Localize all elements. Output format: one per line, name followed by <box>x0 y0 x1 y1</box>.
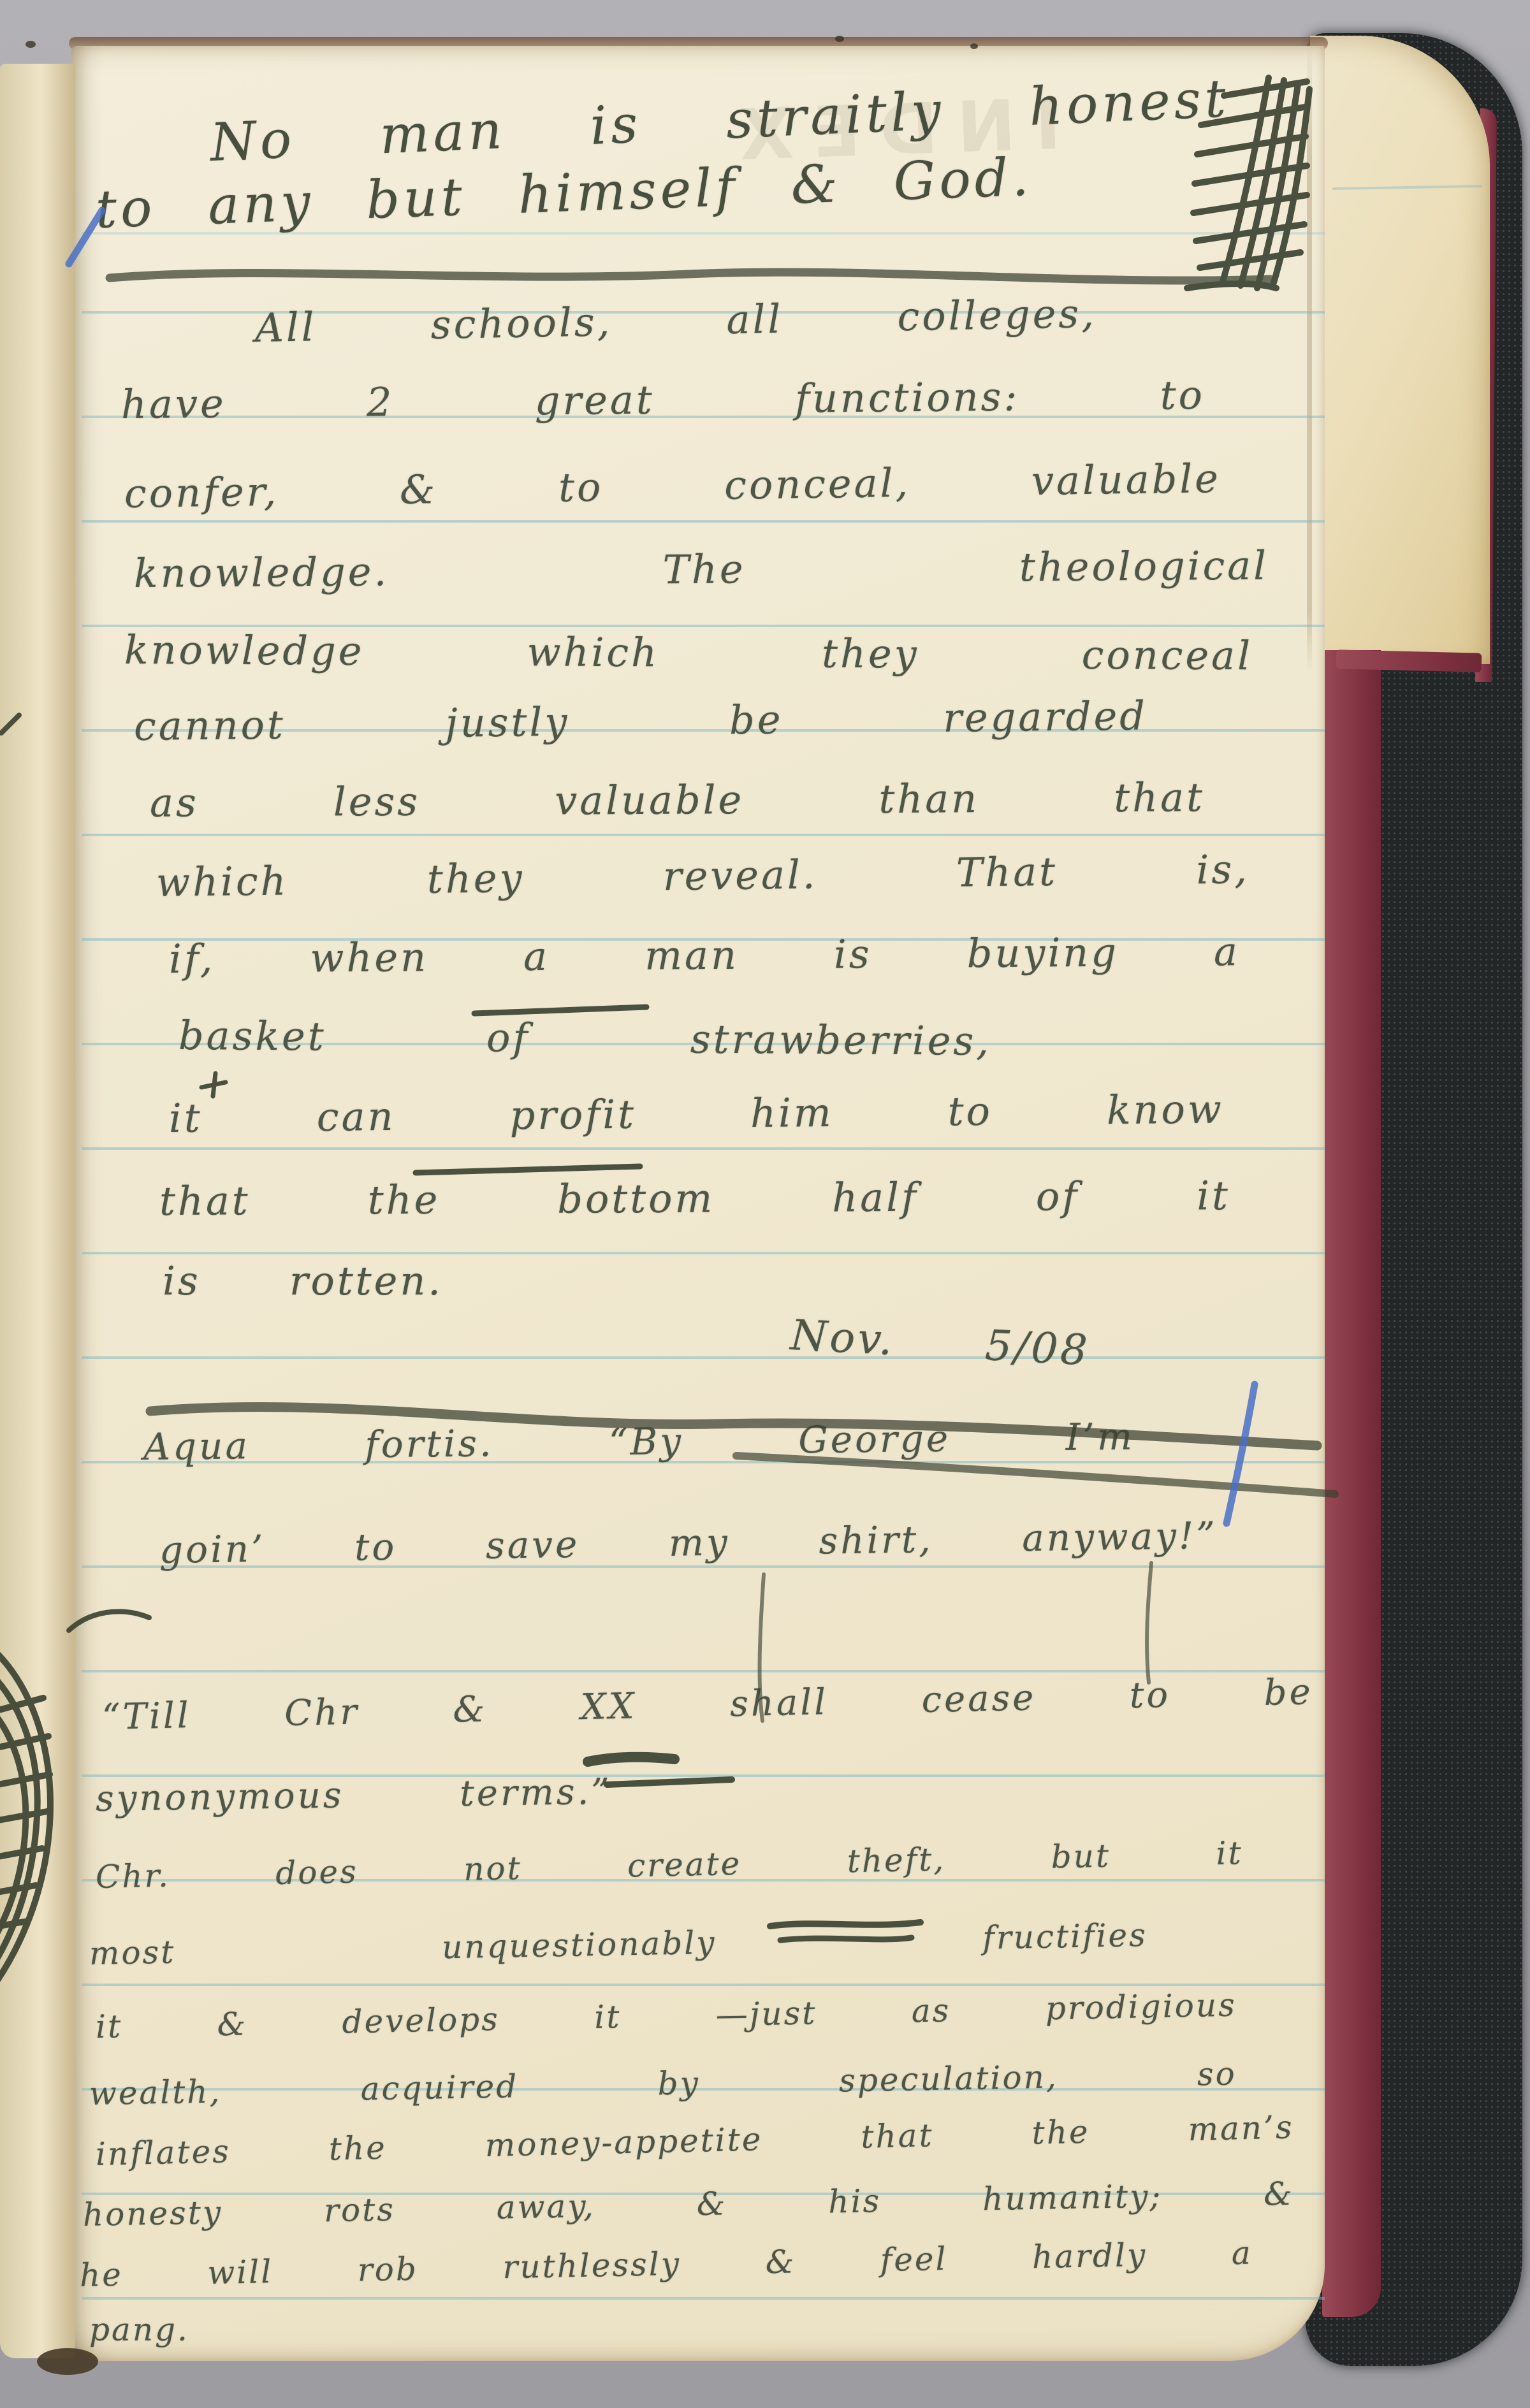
red-page-edge-step <box>1336 649 1482 672</box>
red-page-edge-right <box>1322 650 1381 2317</box>
handwritten-line: if, when a man is buying a <box>169 932 1240 979</box>
handwritten-line: as less valuable than that <box>150 778 1205 823</box>
paper-speck <box>25 41 36 48</box>
underpage-tab <box>1310 36 1490 664</box>
binding-fray-spot <box>37 2348 98 2375</box>
handwritten-line: it can profit him to know <box>169 1090 1224 1138</box>
paper-speck <box>970 43 978 49</box>
handwritten-line: knowledge. The theological <box>134 546 1269 593</box>
handwritten-line: have 2 great functions: to <box>121 375 1205 424</box>
notebook-scan: INDEX No man is straitly honest to any b… <box>0 0 1530 2408</box>
handwritten-line: cannot justly be regarded <box>134 696 1148 746</box>
paper-speck <box>835 36 844 42</box>
handwritten-line: synonymous terms.” <box>96 1774 613 1817</box>
handwritten-line: is rotten. <box>163 1261 443 1301</box>
handwritten-line: that the bottom half of it <box>159 1176 1230 1221</box>
handwritten-line: pang. <box>89 2314 300 2346</box>
handwritten-line: knowledge which they conceal <box>124 630 1253 676</box>
handwritten-line: basket of strawberries, <box>178 1016 991 1061</box>
handwritten-line: Aqua fortis. “By George I’m <box>143 1418 1135 1465</box>
facing-page-sliver <box>0 64 75 2358</box>
